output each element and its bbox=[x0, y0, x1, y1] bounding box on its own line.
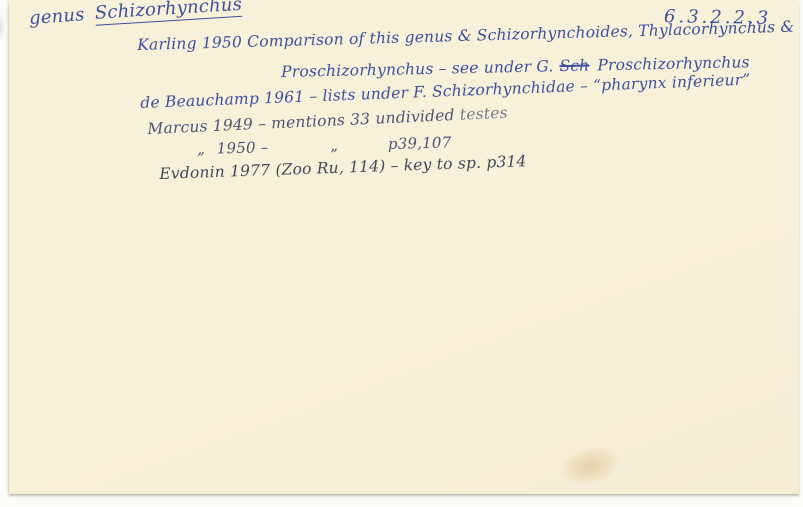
ditto-mark-author: ,, bbox=[197, 140, 203, 158]
genus-label: genus bbox=[28, 4, 85, 29]
genus-name-underlined: Schizorhynchus bbox=[94, 0, 242, 26]
stain-mark bbox=[557, 441, 622, 491]
scanned-index-card: genusSchizorhynchus 6.3.2.2.3 Karling 19… bbox=[0, 0, 803, 507]
note-karling-line2-crossed-out: Sch bbox=[559, 57, 589, 76]
note-marcus-1950: ,,1950 –,,p39,107 bbox=[197, 133, 452, 158]
scanner-edge-smudge bbox=[0, 14, 6, 40]
note-marcus-1949-main: Marcus 1949 – mentions 33 undivided bbox=[147, 106, 455, 138]
genus-heading: genusSchizorhynchus bbox=[28, 0, 242, 31]
note-karling-line1: Karling 1950 Comparison of this genus & … bbox=[137, 18, 795, 54]
note-marcus-1950-pages: p39,107 bbox=[388, 133, 452, 153]
ditto-mark-mentions: ,, bbox=[330, 136, 336, 154]
note-marcus-1950-year: 1950 – bbox=[217, 138, 269, 157]
note-marcus-1949-testes: testes bbox=[459, 104, 508, 124]
note-karling-line2-pre: Proschizorhynchus – see under G. bbox=[281, 57, 554, 81]
index-card-paper: genusSchizorhynchus 6.3.2.2.3 Karling 19… bbox=[9, 0, 799, 494]
